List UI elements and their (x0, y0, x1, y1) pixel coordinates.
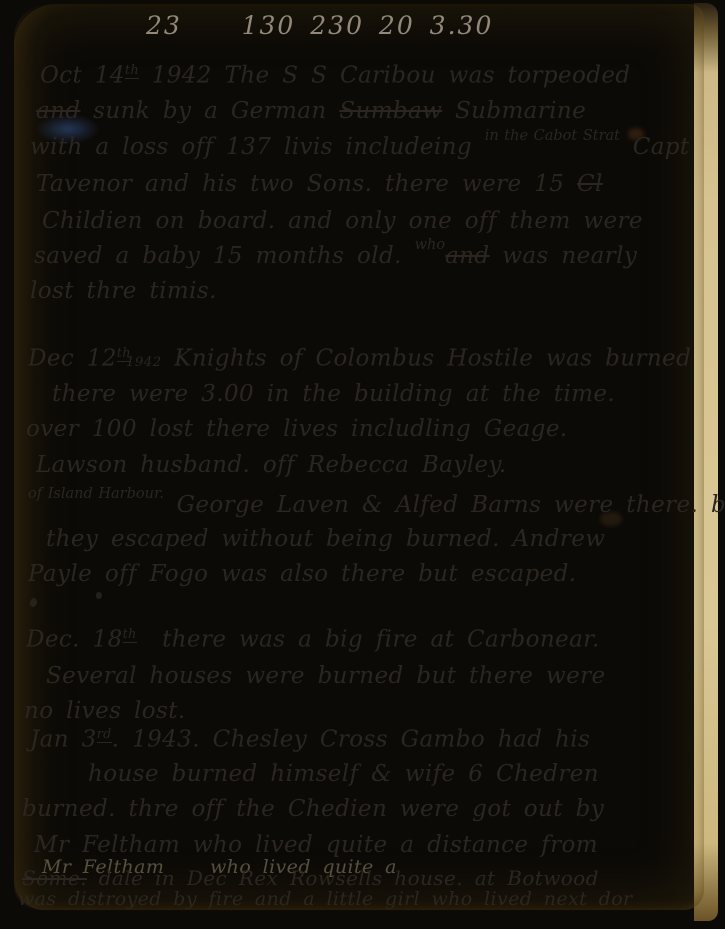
text-segment: Payle off Fogo was also there but escape… (28, 561, 576, 587)
entry-jan3-line4: Mr Feltham who lived quite a distance fr… (34, 834, 598, 857)
struck-text: and (445, 243, 489, 269)
text-segment: Several houses were burned but there wer… (46, 663, 606, 689)
ordinal-superscript: rd (97, 726, 112, 743)
text-segment: they escaped without being burned. Andre… (46, 526, 605, 552)
entry-dec12-line1: Dec 12th1942 Knights of Colombus Hostile… (28, 347, 691, 371)
struck-text: Sumbaw (339, 98, 442, 124)
text-segment: there were 3.00 in the building at the t… (52, 381, 615, 407)
text-segment: 23 130 230 20 3.30 (146, 11, 493, 40)
ordinal-superscript: th (123, 626, 137, 643)
text-segment: Capt (620, 134, 690, 160)
text-segment: there was a big fire at Carbonear. (137, 627, 600, 653)
struck-text: Cl (577, 171, 603, 197)
book-stage: 23 130 230 20 3.30Oct 14th 1942 The S S … (0, 0, 725, 929)
inserted-text: who (415, 237, 445, 253)
entry-oct14-line7: lost thre timis. (30, 280, 217, 303)
struck-text: Some. (22, 866, 87, 890)
text-segment: no lives lost. (24, 698, 186, 724)
text-segment: was distroyed by fire and a little girl … (18, 888, 633, 910)
entry-jan3-line1: Jan 3rd. 1943. Chesley Cross Gambo had h… (30, 728, 590, 752)
text-segment: Dec 12 (28, 346, 117, 372)
struck-text: and (36, 98, 80, 124)
entry-oct14-line6: saved a baby 15 months old. whoand was n… (34, 245, 637, 268)
entry-dec12-line7: Payle off Fogo was also there but escape… (28, 563, 576, 586)
text-segment: over 100 lost there lives includling Gea… (26, 416, 568, 442)
text-segment: Oct 14 (40, 63, 125, 89)
entry-dec12-line2: there were 3.00 in the building at the t… (52, 383, 615, 406)
text-segment: dale in Dec Rex Rowsells house. at Botwo… (87, 866, 599, 890)
entry-oct14-line3: with a loss off 137 livis includeing in … (30, 136, 690, 159)
small-year-text: 1942 (126, 355, 162, 370)
entry-oct14-line2: and sunk by a German Sumbaw Submarine (36, 100, 586, 123)
text-segment: burned. thre off the Chedien were got ou… (22, 796, 604, 822)
text-segment: Childien on board. and only one off them… (42, 208, 643, 234)
entry-dec12-line4: Lawson husband. off Rebecca Bayley. (36, 454, 507, 477)
entry-oct14-line4: Tavenor and his two Sons. there were 15 … (36, 173, 603, 196)
entry-oct14-line5: Childien on board. and only one off them… (42, 210, 643, 233)
entry-dec12-line3: over 100 lost there lives includling Gea… (26, 418, 568, 441)
text-segment: Submarine (442, 98, 586, 124)
text-segment: Dec. 18 (26, 627, 123, 653)
handwriting-layer: 23 130 230 20 3.30Oct 14th 1942 The S S … (0, 0, 725, 929)
text-segment: Jan 3 (30, 727, 97, 753)
text-segment: lost thre timis. (30, 278, 217, 304)
entry-oct14-line1: Oct 14th 1942 The S S Caribou was torpeo… (40, 64, 631, 88)
text-segment: sunk by a German (80, 98, 339, 124)
entry-jan3-line5: Some. dale in Dec Rex Rowsells house. at… (22, 868, 599, 888)
text-segment: with a loss off 137 livis includeing (30, 134, 485, 160)
entry-dec18-line2: Several houses were burned but there wer… (46, 665, 606, 688)
inserted-text: in the Cabot Strat (485, 128, 620, 144)
entry-dec18-line1: Dec. 18th there was a big fire at Carbon… (26, 628, 600, 652)
entry-jan3-line2: house burned himself & wife 6 Chedren (88, 763, 599, 786)
entry-jan3-line6: was distroyed by fire and a little girl … (18, 890, 633, 909)
entry-dec12-line5: of Island Harbour. George Laven & Alfed … (28, 494, 725, 517)
text-segment: was nearly (490, 243, 638, 269)
text-segment: saved a baby 15 months old. (34, 243, 415, 269)
text-segment: Mr Feltham who lived quite a distance fr… (34, 832, 598, 858)
text-segment: George Laven & Alfed Barns were there. b… (164, 492, 725, 518)
text-segment: Knights of Colombus Hostile was burned (161, 346, 691, 372)
entry-jan3-line3: burned. thre off the Chedien were got ou… (22, 798, 604, 821)
entry-dec18-line3: no lives lost. (24, 700, 186, 723)
text-segment: . 1943. Chesley Cross Gambo had his (112, 727, 591, 753)
text-segment: Tavenor and his two Sons. there were 15 (36, 171, 577, 197)
text-segment: 1942 The S S Caribou was torpeoded (139, 63, 631, 89)
entry-dec12-line6: they escaped without being burned. Andre… (46, 528, 605, 551)
text-segment: Lawson husband. off Rebecca Bayley. (36, 452, 507, 478)
inserted-text: of Island Harbour. (28, 486, 164, 502)
text-segment: house burned himself & wife 6 Chedren (88, 761, 599, 787)
pencil-page-numbers: 23 130 230 20 3.30 (146, 13, 493, 38)
ordinal-superscript: th (125, 62, 139, 79)
